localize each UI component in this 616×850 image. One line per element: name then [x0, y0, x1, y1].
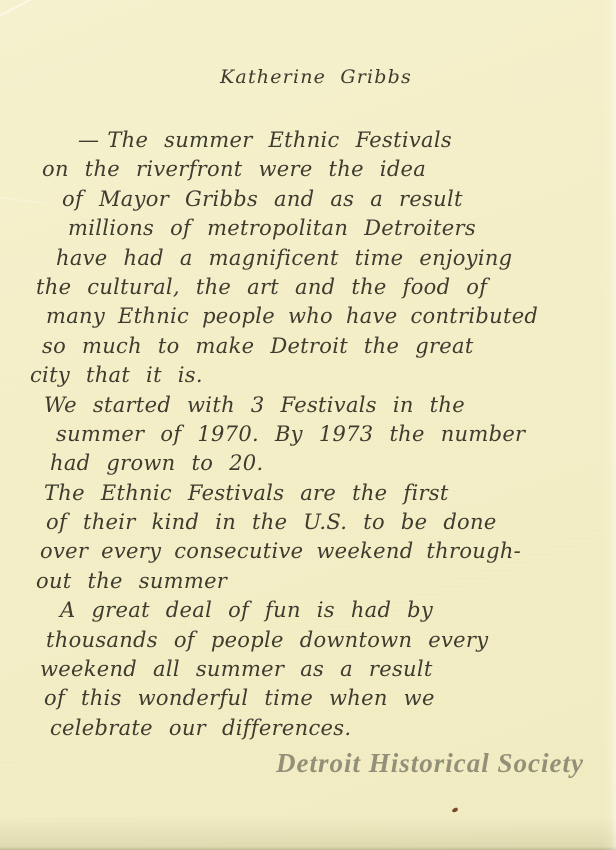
handwritten-line: The Ethnic Festivals are the first	[0, 479, 616, 508]
scanned-handwritten-letter: Katherine Gribbs The summer Ethnic Festi…	[0, 0, 616, 850]
author-name-heading: Katherine Gribbs	[0, 66, 616, 88]
handwritten-line: of this wonderful time when we	[0, 684, 616, 713]
handwritten-line: weekend all summer as a result	[0, 655, 616, 684]
handwritten-line: thousands of people downtown every	[0, 626, 616, 655]
paper-speck	[452, 807, 459, 813]
handwritten-line: many Ethnic people who have contributed	[0, 302, 616, 331]
handwritten-line: over every consecutive weekend through-	[0, 537, 616, 566]
handwritten-line: so much to make Detroit the great	[0, 332, 616, 361]
handwritten-line: The summer Ethnic Festivals	[0, 126, 616, 155]
handwritten-line: We started with 3 Festivals in the	[0, 391, 616, 420]
handwritten-line: of Mayor Gribbs and as a result	[0, 185, 616, 214]
paper-crease	[0, 0, 51, 18]
handwritten-line: on the riverfront were the idea	[0, 155, 616, 184]
handwritten-line: celebrate our differences.	[0, 714, 616, 743]
handwritten-line: city that it is.	[0, 361, 616, 390]
handwritten-line: of their kind in the U.S. to be done	[0, 508, 616, 537]
handwritten-line: had grown to 20.	[0, 449, 616, 478]
handwritten-line: summer of 1970. By 1973 the number	[0, 420, 616, 449]
handwritten-line: A great deal of fun is had by	[0, 596, 616, 625]
handwritten-line: out the summer	[0, 567, 616, 596]
handwritten-line: have had a magnificent time enjoying	[0, 244, 616, 273]
handwritten-body: The summer Ethnic Festivals on the river…	[0, 126, 616, 743]
handwritten-line: millions of metropolitan Detroiters	[0, 214, 616, 243]
handwritten-line: the cultural, the art and the food of	[0, 273, 616, 302]
archive-watermark: Detroit Historical Society	[276, 748, 584, 779]
